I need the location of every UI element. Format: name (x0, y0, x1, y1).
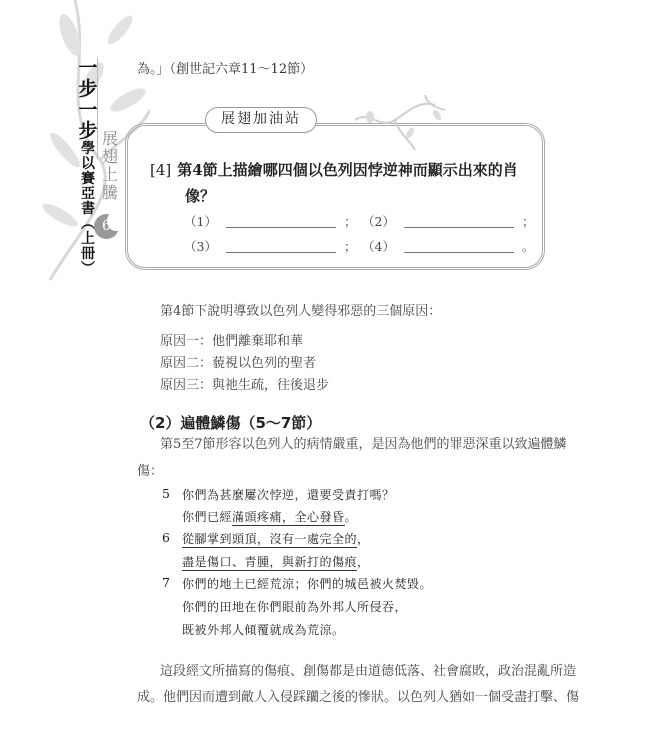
blank-label: （2） (362, 212, 400, 230)
reason-2: 原因二：藐視以色列的聖者 (160, 352, 316, 371)
question-text-cont: 像？ (150, 183, 530, 209)
verse-line: 你們為甚麼屢次悖逆，還要受責打嗎？ (182, 486, 395, 503)
chapter-name-char: 上 (100, 166, 120, 184)
answer-row-1: （1） ； （2） ； (184, 212, 540, 230)
reason-1: 原因一：他們離棄耶和華 (160, 330, 303, 349)
verse-number: 6 (162, 530, 170, 545)
verse-text: ， (357, 555, 370, 569)
section-paragraph-line2: 傷： (137, 462, 163, 482)
reason-3: 原因三：與祂生疏，往後退步 (160, 374, 329, 393)
verse-line: 你們已經滿頭疼痛，全心發昏。 (182, 508, 357, 525)
verse-text: 你們的地土已經荒涼；你們的城邑被火焚毀。 (182, 577, 432, 591)
chapter-name-char: 翅 (100, 148, 120, 166)
book-subtitle-char: 賽 (76, 172, 100, 187)
chapter-name-char: 騰 (100, 184, 120, 202)
book-subtitle-char: ︶ (76, 262, 100, 277)
section-heading: （2）遍體鱗傷（5～7節） (140, 412, 321, 433)
closing-paragraph-line2: 成。他們因而遭到敵人入侵踩躪之後的慘狀。以色列人猶如一個受盡打擊、傷 (137, 688, 579, 708)
blank-separator: ； (344, 237, 362, 255)
scripture-reference-line: 為。」（創世記六章11～12節） (137, 58, 313, 77)
book-subtitle-char: 以 (76, 157, 100, 172)
book-subtitle-char: 冊 (76, 247, 100, 262)
verse-line: 你們的田地在你們眼前為外邦人所侵吞， (182, 598, 407, 615)
answer-row-2: （3） ； （4） 。 (184, 237, 540, 255)
blank-separator: 。 (522, 237, 540, 255)
blank-label: （4） (362, 237, 400, 255)
book-subtitle-char: 亞 (76, 187, 100, 202)
book-subtitle-char: 書 (76, 202, 100, 217)
verse-text-underlined: 盡是傷口、青腫，與新打的傷痕 (182, 555, 357, 571)
answer-blank-4[interactable] (404, 241, 514, 253)
verse-line: 既被外邦人傾覆就成為荒涼。 (182, 621, 345, 638)
blank-separator: ； (522, 212, 540, 230)
answer-blank-3[interactable] (226, 241, 336, 253)
verse-line: 盡是傷口、青腫，與新打的傷痕， (182, 553, 370, 570)
section-paragraph-line1: 第5至7節形容以色列人的病情嚴重，是因為他們的罪惡深重以致遍體鱗 (160, 435, 567, 455)
verse-line: 你們的地土已經荒涼；你們的城邑被火焚毀。 (182, 575, 432, 592)
intro-paragraph: 第4節下說明導致以色列人變得邪惡的三個原因： (160, 302, 441, 322)
sidebar-divider (97, 58, 98, 158)
verse-text-underlined: 從腳掌到頭頂，沒有一處完全的 (182, 532, 357, 548)
verse-number: 7 (162, 575, 170, 590)
chapter-name-char: 展 (100, 130, 120, 148)
verse-text-underlined: 滿頭疼痛，全心發昏 (232, 510, 345, 526)
chapter-number-badge: 6 (94, 214, 119, 239)
verse-text: 。 (345, 510, 358, 524)
answer-blank-2[interactable] (404, 216, 514, 228)
chapter-number: 6 (102, 218, 111, 234)
verse-text: 既被外邦人傾覆就成為荒涼。 (182, 623, 345, 637)
blank-label: （3） (184, 237, 222, 255)
exercise-box-tag: 展翅加油站 (205, 107, 317, 133)
verse-line: 從腳掌到頭頂，沒有一處完全的， (182, 530, 370, 547)
verse-text: ， (357, 532, 370, 546)
chapter-name: 展 翅 上 騰 (100, 130, 120, 202)
answer-blank-1[interactable] (226, 216, 336, 228)
verse-text: 你們已經 (182, 510, 232, 524)
verse-text: 你們的田地在你們眼前為外邦人所侵吞， (182, 600, 407, 614)
question-number: [4] (150, 161, 171, 179)
question-4: [4]第4節上描繪哪四個以色列因悖逆神而顯示出來的肖 像？ (150, 157, 530, 209)
blank-separator: ； (344, 212, 362, 230)
verse-number: 5 (162, 486, 170, 501)
blank-label: （1） (184, 212, 222, 230)
question-text: 第4節上描繪哪四個以色列因悖逆神而顯示出來的肖 (177, 161, 517, 179)
closing-paragraph-line1: 這段經文所描寫的傷痕、創傷都是由道德低落、社會腐敗，政治混亂所造 (160, 662, 576, 682)
verse-text: 你們為甚麼屢次悖逆，還要受責打嗎？ (182, 488, 395, 502)
